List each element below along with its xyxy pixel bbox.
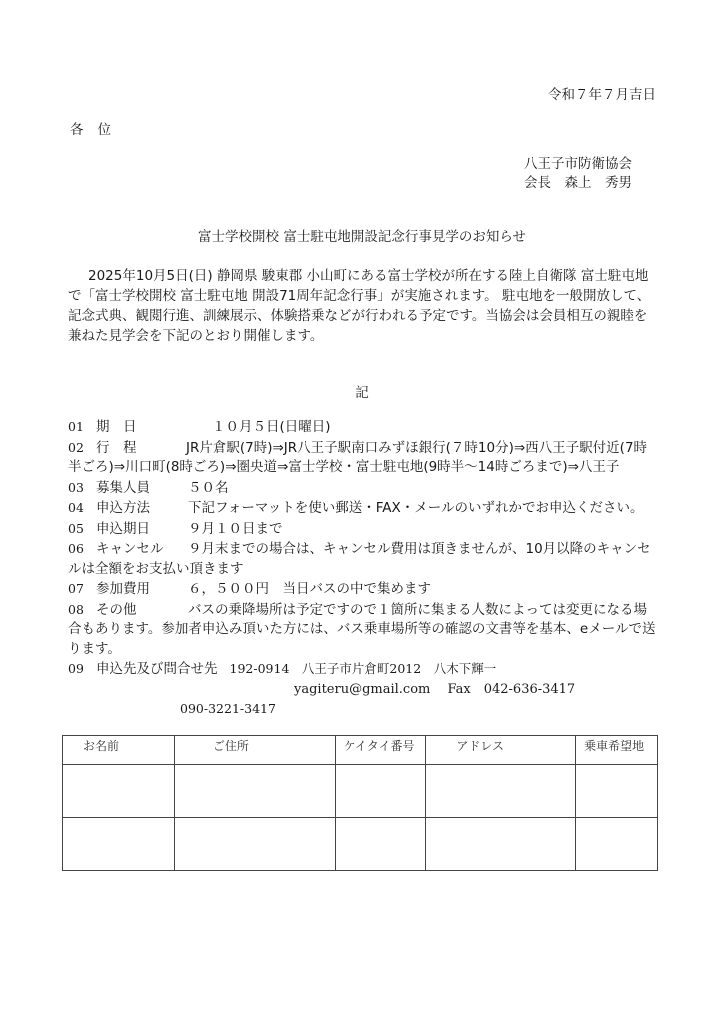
item-value: 下記フォーマットを使い郵送・FAX・メールのいずれかでお申込ください。 [188, 500, 644, 516]
item-label: 申込方法 [96, 499, 188, 519]
item-contact: 09申込先及び問合せ先192-0914 八王子市片倉町2012 八木下輝一 [68, 659, 660, 680]
item-value: ５０名 [188, 480, 229, 496]
cell-boarding-location[interactable] [576, 765, 658, 818]
item-number: 03 [68, 478, 96, 498]
item-label: 申込期日 [96, 520, 188, 540]
contact-email-fax: yagiteru@gmail.com Fax 042-636-3417 [68, 680, 660, 700]
cell-boarding-location[interactable] [576, 818, 658, 871]
item-label: 申込先及び問合せ先 [96, 660, 230, 680]
cell-email[interactable] [426, 765, 576, 818]
item-number: 02 [68, 438, 96, 458]
item-label: 募集人員 [96, 479, 188, 499]
item-value: ６，５００円 当日バスの中で集めます [188, 581, 431, 597]
item-number: 07 [68, 579, 96, 599]
body-paragraph: 2025年10月5日(日) 静岡県 駿東郡 小山町にある富士学校が所在する陸上自… [68, 266, 660, 346]
header-mobile: ケイタイ番号 [335, 736, 426, 765]
contact-phone: 090-3221-3417 [68, 699, 660, 719]
item-value: ９月１０日まで [188, 521, 283, 537]
cell-address[interactable] [174, 818, 335, 871]
cell-name[interactable] [63, 765, 175, 818]
item-number: 08 [68, 600, 96, 620]
item-label: 期 日 [96, 418, 186, 438]
cell-email[interactable] [426, 818, 576, 871]
item-other: 08その他バスの乗降場所は予定ですので１箇所に集まる人数によっては変更になる場合… [68, 600, 660, 660]
item-value: １０月５日(日曜日) [186, 419, 331, 435]
item-number: 01 [68, 417, 96, 437]
item-list: 01期 日１０月５日(日曜日) 02行 程JR片倉駅(7時)⇒JR八王子駅南口み… [68, 417, 660, 719]
item-cancellation: 06キャンセル９月末までの場合は、キャンセル費用は頂きませんが、10月以降のキャ… [68, 539, 660, 579]
item-capacity: 03募集人員５０名 [68, 478, 660, 499]
item-number: 06 [68, 539, 96, 559]
document-title: 富士学校開校 富士駐屯地開設記念行事見学のお知らせ [0, 228, 724, 247]
ki-heading: 記 [0, 384, 724, 403]
header-address: ご住所 [174, 736, 335, 765]
table-row [63, 818, 658, 871]
item-itinerary: 02行 程JR片倉駅(7時)⇒JR八王子駅南口みずほ銀行(７時10分)⇒西八王子… [68, 438, 660, 478]
item-deadline: 05申込期日９月１０日まで [68, 519, 660, 540]
cell-mobile[interactable] [335, 818, 426, 871]
cell-mobile[interactable] [335, 765, 426, 818]
header-email: アドレス [426, 736, 576, 765]
table-row [63, 765, 658, 818]
item-label: キャンセル [96, 540, 188, 560]
header-name: お名前 [63, 736, 175, 765]
item-fee: 07参加費用６，５００円 当日バスの中で集めます [68, 579, 660, 600]
sender-organization: 八王子市防衛協会 [524, 155, 632, 174]
document-date: 令和７年７月吉日 [548, 86, 656, 105]
table-header-row: お名前 ご住所 ケイタイ番号 アドレス 乗車希望地 [63, 736, 658, 765]
application-form-table: お名前 ご住所 ケイタイ番号 アドレス 乗車希望地 [62, 735, 658, 871]
cell-name[interactable] [63, 818, 175, 871]
item-number: 05 [68, 519, 96, 539]
item-value: 192-0914 八王子市片倉町2012 八木下輝一 [230, 661, 497, 676]
sender-name: 会長 森上 秀男 [524, 174, 632, 193]
item-date: 01期 日１０月５日(日曜日) [68, 417, 660, 438]
addressee-char-2: 位 [98, 122, 112, 138]
item-number: 04 [68, 498, 96, 518]
header-boarding-location: 乗車希望地 [576, 736, 658, 765]
addressee: 各位 [70, 121, 111, 140]
item-label: 行 程 [96, 439, 186, 459]
cell-address[interactable] [174, 765, 335, 818]
item-number: 09 [68, 659, 96, 679]
addressee-char-1: 各 [70, 122, 84, 138]
item-label: その他 [96, 601, 188, 621]
item-application-method: 04申込方法下記フォーマットを使い郵送・FAX・メールのいずれかでお申込ください… [68, 498, 660, 519]
item-label: 参加費用 [96, 580, 188, 600]
body-paragraph-text: 2025年10月5日(日) 静岡県 駿東郡 小山町にある富士学校が所在する陸上自… [68, 268, 650, 344]
sender-block: 八王子市防衛協会 会長 森上 秀男 [524, 155, 632, 193]
